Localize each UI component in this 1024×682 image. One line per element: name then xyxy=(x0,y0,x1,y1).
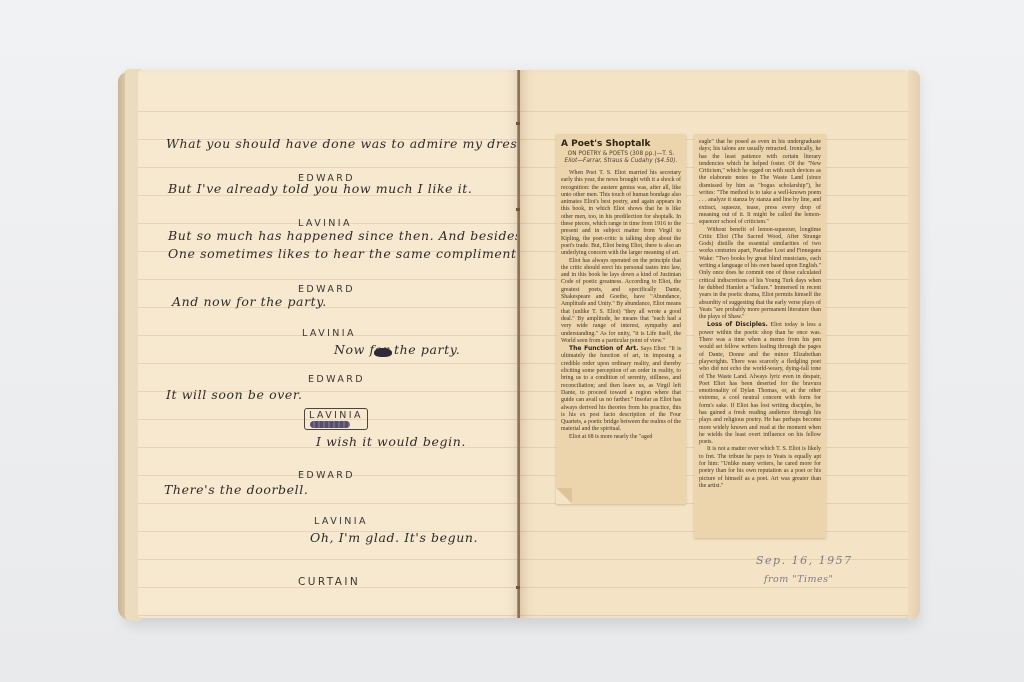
clipping-torn-corner xyxy=(556,488,572,504)
clipping-book-info-line-2: Eliot—Farrar, Straus & Cudahy ($4.50). xyxy=(561,158,681,165)
clipping-paragraph-text: Says Eliot: "It is ultimately the functi… xyxy=(561,346,681,432)
clipping-paragraph: The Function of Art. Says Eliot: "It is … xyxy=(561,345,681,434)
speaker-name: LAVINIA xyxy=(314,516,368,527)
newspaper-clipping-column-1: A Poet's Shoptalk ON POETRY & POETS (308… xyxy=(556,134,686,504)
dialogue-line: Oh, I'm glad. It's begun. xyxy=(310,530,478,545)
clipping-paragraph: Eliot at 68 is more nearly the "aged xyxy=(561,434,681,441)
dialogue-line: What you should have done was to admire … xyxy=(166,136,529,151)
clipping-paragraph: Without benefit of lemon-squeezer, longt… xyxy=(699,227,821,322)
right-page: A Poet's Shoptalk ON POETRY & POETS (308… xyxy=(520,70,908,618)
dialogue-line: I wish it would begin. xyxy=(316,434,466,449)
dialogue-line: But so much has happened since then. And… xyxy=(168,228,527,243)
left-page: What you should have done was to admire … xyxy=(138,70,520,618)
clipping-paragraph-text: Eliot today is less a power within the p… xyxy=(699,322,821,445)
clipping-paragraph: When Poet T. S. Eliot married his secret… xyxy=(561,170,681,258)
pencil-source-note: from "Times" xyxy=(764,574,833,585)
clipping-paragraph: eagle" that he posed as even in his unde… xyxy=(699,139,821,227)
clipping-body-column-2: eagle" that he posed as even in his unde… xyxy=(699,139,821,490)
dialogue-line: It will soon be over. xyxy=(166,387,303,402)
dialogue-line: And now for the party. xyxy=(172,294,327,309)
clipping-subhead: Loss of Disciples. xyxy=(707,321,768,328)
dialogue-line: But I've already told you how much I lik… xyxy=(168,181,473,196)
open-notebook: What you should have done was to admire … xyxy=(118,66,920,622)
speaker-name: EDWARD xyxy=(298,470,355,481)
clipping-headline: A Poet's Shoptalk xyxy=(561,139,681,149)
dialogue-line: One sometimes likes to hear the same com… xyxy=(168,246,563,261)
pencil-date-note: Sep. 16, 1957 xyxy=(756,554,853,567)
ink-blot-correction xyxy=(374,348,392,357)
clipping-paragraph: It is not a matter over which T. S. Elio… xyxy=(699,446,821,490)
clipping-subhead: The Function of Art. xyxy=(569,345,638,352)
scribbled-out-text xyxy=(310,421,350,428)
clipping-body-column-1: When Poet T. S. Eliot married his secret… xyxy=(561,170,681,441)
clipping-paragraph: Loss of Disciples. Eliot today is less a… xyxy=(699,321,821,446)
page-stack-edge-right xyxy=(908,70,920,620)
speaker-name: EDWARD xyxy=(308,374,365,385)
dialogue-line: Now for the party. xyxy=(334,342,460,357)
speaker-name: LAVINIA xyxy=(302,328,356,339)
newspaper-clipping-column-2: eagle" that he posed as even in his unde… xyxy=(694,134,826,538)
clipping-paragraph: Eliot has always operated on the princip… xyxy=(561,258,681,346)
curtain-direction: CURTAIN xyxy=(298,576,360,588)
dialogue-line: There's the doorbell. xyxy=(164,482,308,497)
clipping-book-info-line-1: ON POETRY & POETS (308 pp.)—T. S. xyxy=(561,151,681,158)
clipping-book-info: ON POETRY & POETS (308 pp.)—T. S. Eliot—… xyxy=(561,151,681,165)
